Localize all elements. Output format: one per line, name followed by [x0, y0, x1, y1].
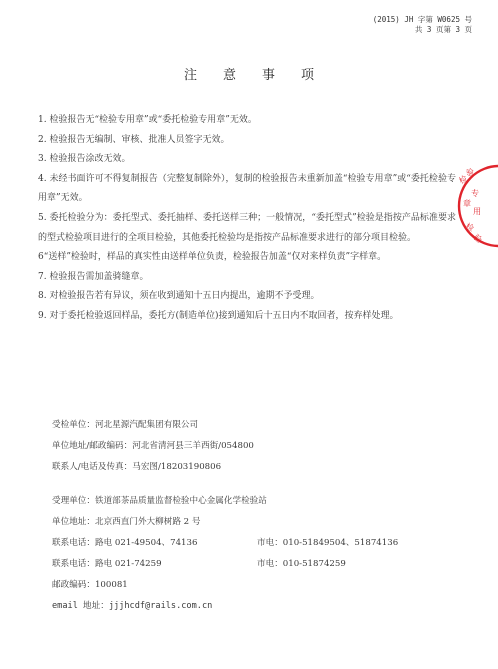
note-item: 9. 对于委托检验返回样品，委托方(制造单位)接到通知后十五日内不取回者，按弃样… [38, 307, 456, 327]
lab-unit: 受理单位：铁道部茶品质量监督检验中心金属化学检验站 [52, 491, 267, 512]
svg-text:章: 章 [463, 198, 471, 208]
lab-address: 单位地址：北京西直门外大柳树路 2 号 [52, 512, 267, 533]
client-address: 单位地址/邮政编码：河北省清河县三羊西街/054800 [52, 436, 254, 457]
client-contact: 联系人/电话及传真：马宏图/18203190806 [52, 457, 254, 478]
note-item: 2. 检验报告无编制、审核、批准人员签字无效。 [38, 131, 456, 151]
note-item: 4. 未经书面许可不得复制报告（完整复制除外），复制的检验报告未重新加盖“检验专… [38, 170, 456, 209]
official-seal-stamp: 检 验 专 章 用 检 验 [455, 162, 498, 252]
lab-phone-row-2: 联系电话：路电 021-74259 市电：010-51874259 [52, 554, 267, 575]
page-title: 注意事项 [0, 64, 498, 83]
svg-text:专: 专 [471, 188, 479, 198]
lab-rail-phone-1: 联系电话：路电 021-49504、74136 [52, 538, 197, 548]
report-number: (2015) JH 字第 W0625 号 [373, 15, 472, 25]
svg-text:检: 检 [464, 221, 475, 233]
lab-rail-phone-2: 联系电话：路电 021-74259 [52, 559, 162, 569]
lab-email: email 地址：jjjhcdf@rails.com.cn [52, 596, 267, 617]
report-reference: (2015) JH 字第 W0625 号 共 3 页第 3 页 [373, 15, 472, 35]
note-item: 7. 检验报告需加盖骑缝章。 [38, 268, 456, 288]
note-item: 6“送样”检验时，样品的真实性由送样单位负责，检验报告加盖“仅对来样负责”字样章… [38, 248, 456, 268]
svg-text:验: 验 [465, 166, 475, 178]
svg-text:用: 用 [473, 207, 481, 216]
lab-phone-row-1: 联系电话：路电 021-49504、74136 市电：010-51849504、… [52, 533, 267, 554]
note-item: 3. 检验报告涂改无效。 [38, 150, 456, 170]
note-item: 5. 委托检验分为：委托型式、委托抽样、委托送样三种；一般情况，“委托型式”检验… [38, 209, 456, 248]
lab-postcode: 邮政编码：100081 [52, 575, 267, 596]
note-item: 8. 对检验报告若有异议，须在收到通知十五日内提出，逾期不予受理。 [38, 287, 456, 307]
note-item: 1. 检验报告无“检验专用章”或“委托检验专用章”无效。 [38, 111, 456, 131]
lab-info: 受理单位：铁道部茶品质量监督检验中心金属化学检验站 单位地址：北京西直门外大柳树… [52, 491, 267, 617]
client-info: 受检单位：河北星源汽配集团有限公司 单位地址/邮政编码：河北省清河县三羊西街/0… [52, 415, 254, 478]
lab-city-phone-2: 市电：010-51874259 [257, 554, 346, 575]
page-info: 共 3 页第 3 页 [373, 25, 472, 35]
lab-city-phone-1: 市电：010-51849504、51874136 [257, 533, 398, 554]
seal-icon: 检 验 专 章 用 检 验 [455, 162, 498, 252]
notes-list: 1. 检验报告无“检验专用章”或“委托检验专用章”无效。 2. 检验报告无编制、… [38, 111, 456, 327]
report-page: (2015) JH 字第 W0625 号 共 3 页第 3 页 注意事项 1. … [0, 0, 498, 669]
client-unit: 受检单位：河北星源汽配集团有限公司 [52, 415, 254, 436]
